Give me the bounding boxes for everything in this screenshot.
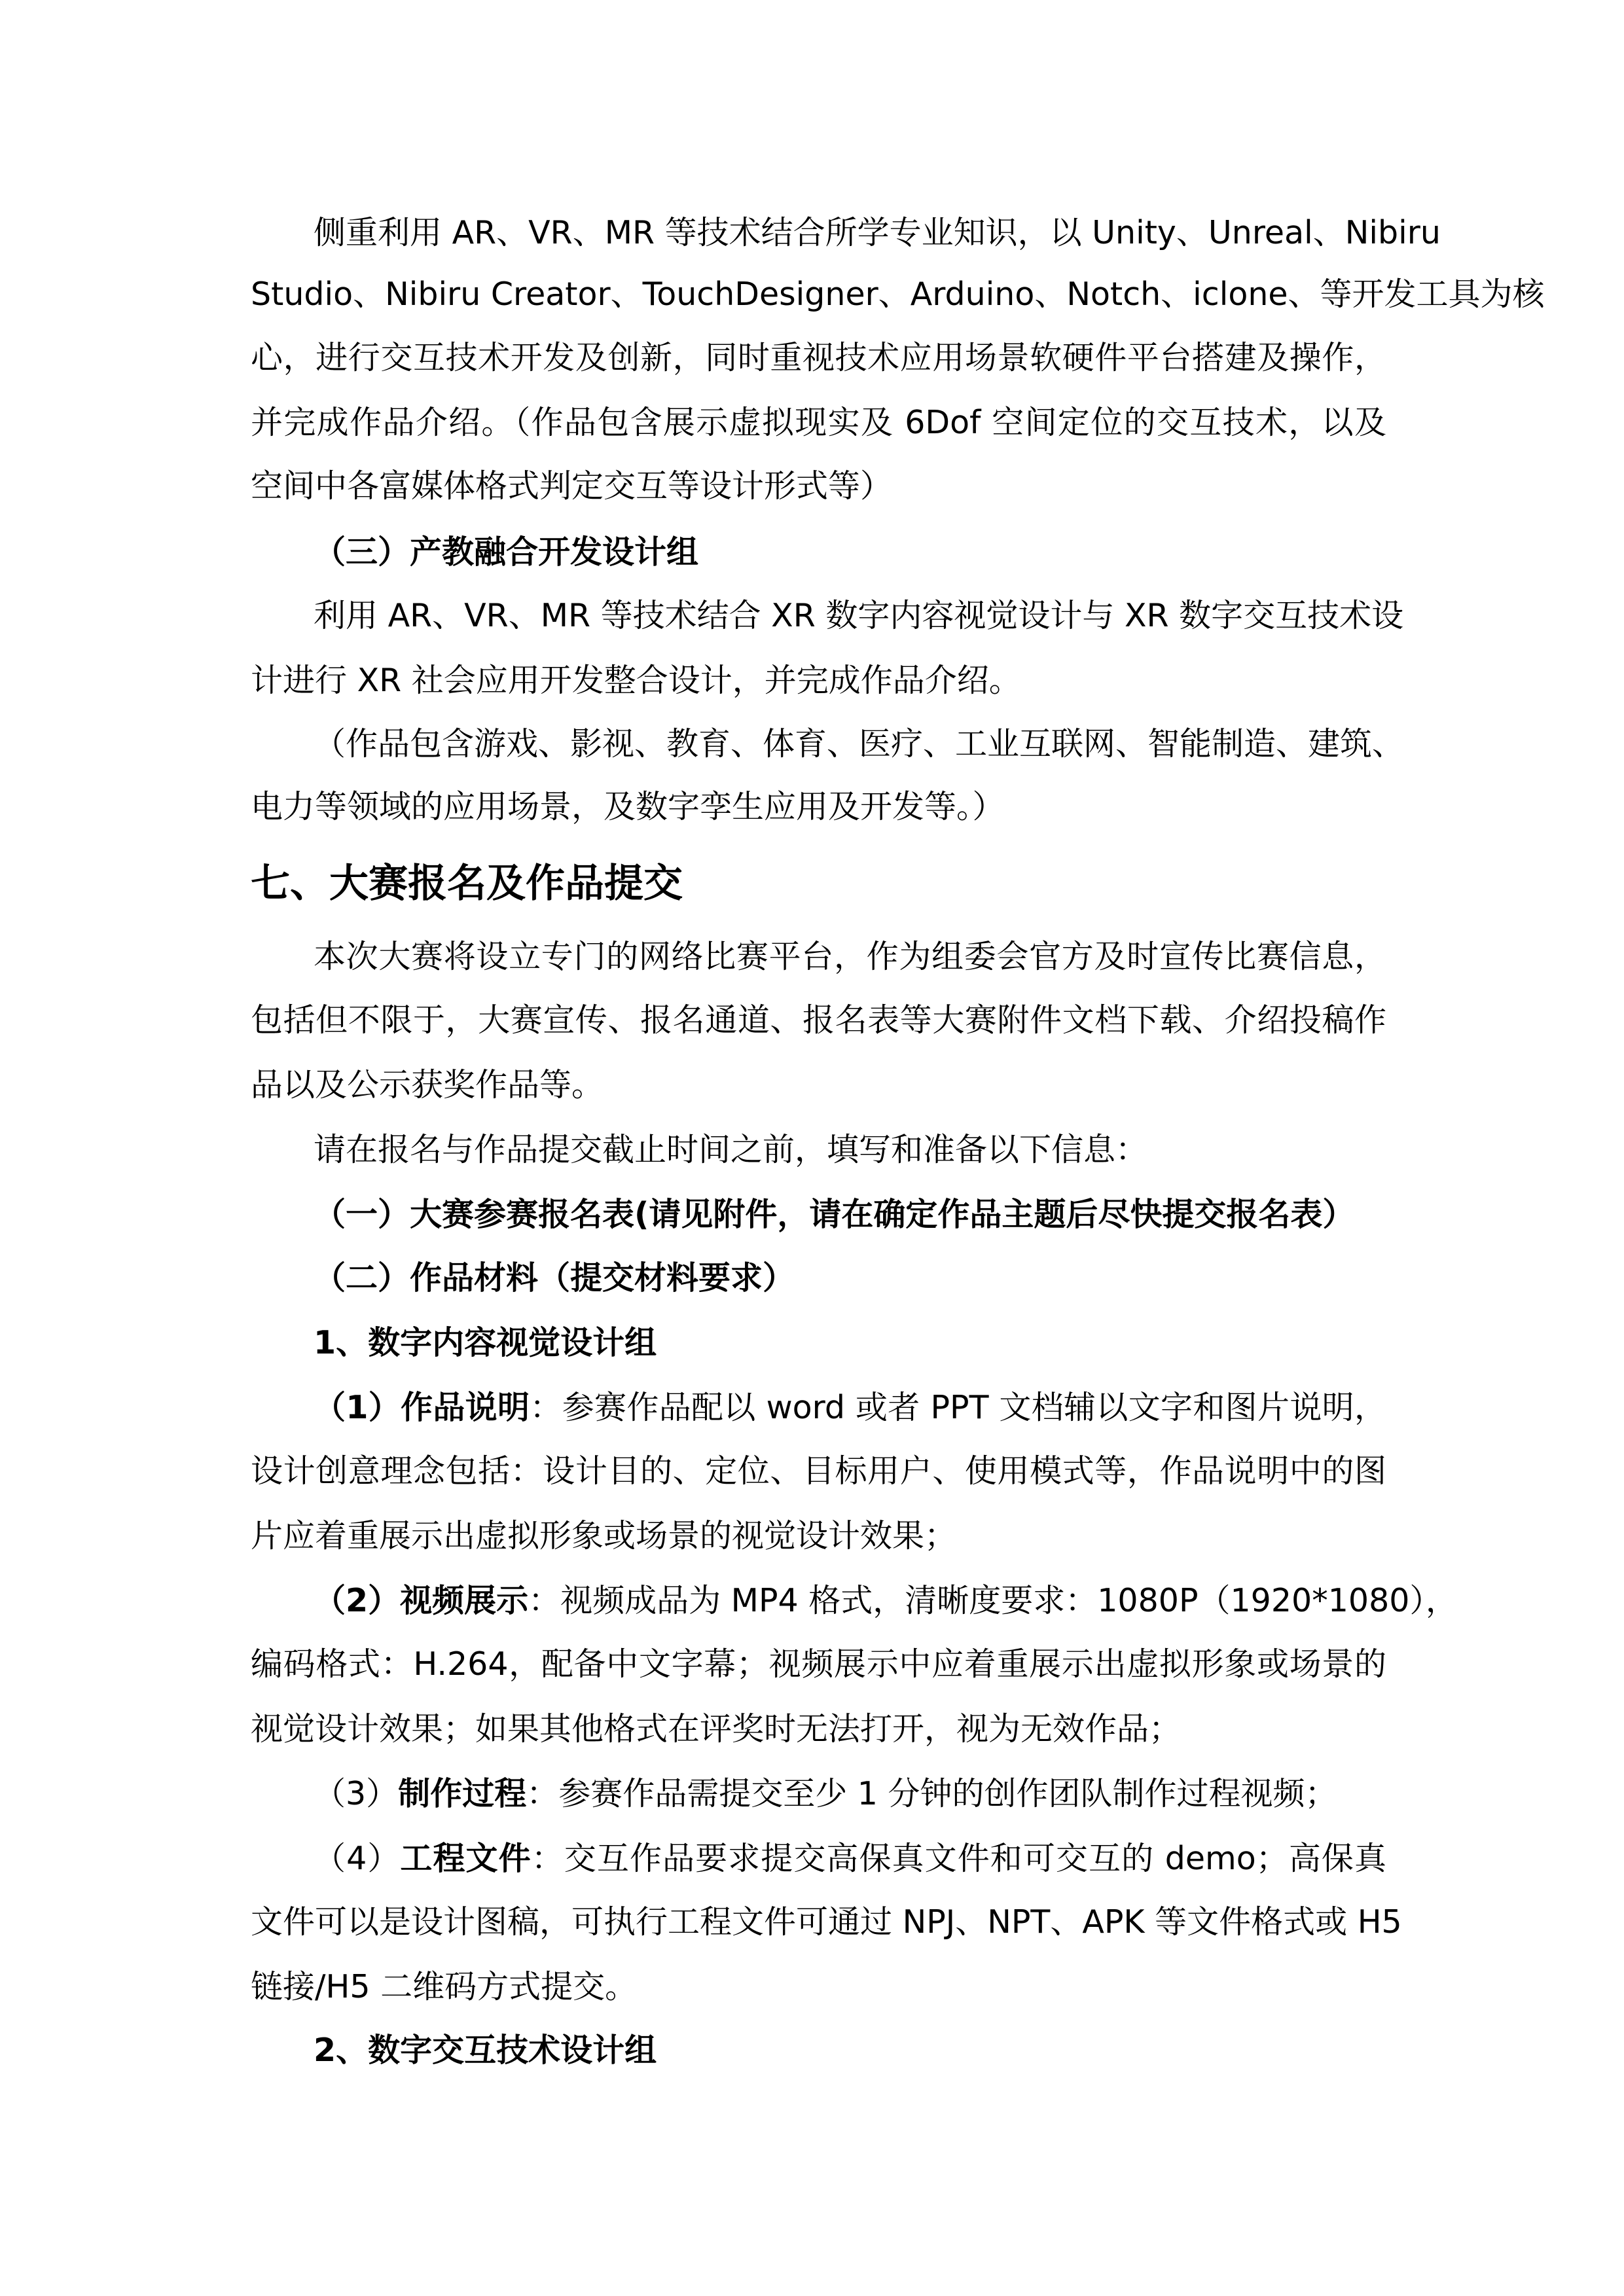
list-item-materials: （二）作品材料（提交材料要求）: [314, 1259, 1386, 1298]
paragraph-line: 文件可以是设计图稿，可执行工程文件可通过 NPJ、NPT、APK 等文件格式或 …: [251, 1903, 1386, 1942]
paragraph-line: 设计创意理念包括：设计目的、定位、目标用户、使用模式等，作品说明中的图: [251, 1452, 1386, 1491]
requirement-label: 工程文件: [400, 1840, 531, 1877]
paragraph-line: 心，进行交互技术开发及创新，同时重视技术应用场景软硬件平台搭建及操作，: [251, 338, 1386, 378]
paragraph-line: 链接/H5 二维码方式提交。: [251, 1967, 1386, 2007]
paragraph-line: Studio、Nibiru Creator、TouchDesigner、Ardu…: [251, 275, 1386, 314]
paragraph-line: 品以及公示获奖作品等。: [251, 1066, 1386, 1105]
paragraph-line: 计进行 XR 社会应用开发整合设计，并完成作品介绍。: [251, 661, 1386, 700]
paragraph-line: （作品包含游戏、影视、教育、体育、医疗、工业互联网、智能制造、建筑、: [314, 725, 1386, 764]
requirement-text: ：视频成品为 MP4 格式，清晰度要求：1080P（1920*1080），: [528, 1582, 1458, 1619]
requirement-number: （4）: [314, 1840, 400, 1877]
requirement-line: （3）制作过程：参赛作品需提交至少 1 分钟的创作团队制作过程视频；: [314, 1774, 1386, 1814]
paragraph-line: 电力等领域的应用场景，及数字孪生应用及开发等。）: [251, 787, 1386, 827]
paragraph-line: 利用 AR、VR、MR 等技术结合 XR 数字内容视觉设计与 XR 数字交互技术…: [314, 596, 1386, 636]
section-heading: 七、大赛报名及作品提交: [251, 860, 1386, 907]
paragraph-line: 视觉设计效果；如果其他格式在评奖时无法打开，视为无效作品；: [251, 1710, 1386, 1749]
requirement-line: （4）工程文件：交互作品要求提交高保真文件和可交互的 demo；高保真: [314, 1839, 1386, 1878]
paragraph-line: 本次大赛将设立专门的网络比赛平台，作为组委会官方及时宣传比赛信息，: [314, 937, 1386, 977]
document-page: 侧重利用 AR、VR、MR 等技术结合所学专业知识，以 Unity、Unreal…: [0, 0, 1624, 2296]
requirement-line: （2）视频展示：视频成品为 MP4 格式，清晰度要求：1080P（1920*10…: [314, 1581, 1386, 1621]
requirement-number: （3）: [314, 1775, 398, 1812]
paragraph-line: 空间中各富媒体格式判定交互等设计形式等）: [251, 467, 1386, 506]
requirement-text: ：参赛作品配以 word 或者 PPT 文档辅以文字和图片说明，: [530, 1389, 1386, 1426]
requirement-line: （1）作品说明：参赛作品配以 word 或者 PPT 文档辅以文字和图片说明，: [314, 1388, 1386, 1427]
paragraph-line: 片应着重展示出虚拟形象或场景的视觉设计效果；: [251, 1516, 1386, 1556]
requirement-text: ：交互作品要求提交高保真文件和可交互的 demo；高保真: [532, 1840, 1386, 1877]
subsection-heading: 1、数字内容视觉设计组: [314, 1323, 1386, 1363]
group-heading: （三）产教融合开发设计组: [314, 533, 1386, 572]
paragraph-line: 编码格式：H.264，配备中文字幕；视频展示中应着重展示出虚拟形象或场景的: [251, 1645, 1386, 1684]
requirement-label: 制作过程: [398, 1775, 526, 1812]
list-item-registration-form: （一）大赛参赛报名表(请见附件，请在确定作品主题后尽快提交报名表）: [314, 1195, 1386, 1234]
paragraph-line: 包括但不限于，大赛宣传、报名通道、报名表等大赛附件文档下载、介绍投稿作: [251, 1001, 1386, 1040]
requirement-text: ：参赛作品需提交至少 1 分钟的创作团队制作过程视频；: [526, 1775, 1337, 1812]
subsection-heading: 2、数字交互技术设计组: [314, 2031, 1386, 2070]
paragraph-line: 并完成作品介绍。（作品包含展示虚拟现实及 6Dof 空间定位的交互技术，以及: [251, 403, 1386, 442]
paragraph-line: 侧重利用 AR、VR、MR 等技术结合所学专业知识，以 Unity、Unreal…: [314, 213, 1386, 253]
requirement-label: （2）视频展示: [314, 1582, 528, 1619]
requirement-label: （1）作品说明: [314, 1389, 530, 1426]
paragraph-line: 请在报名与作品提交截止时间之前，填写和准备以下信息：: [314, 1130, 1386, 1170]
